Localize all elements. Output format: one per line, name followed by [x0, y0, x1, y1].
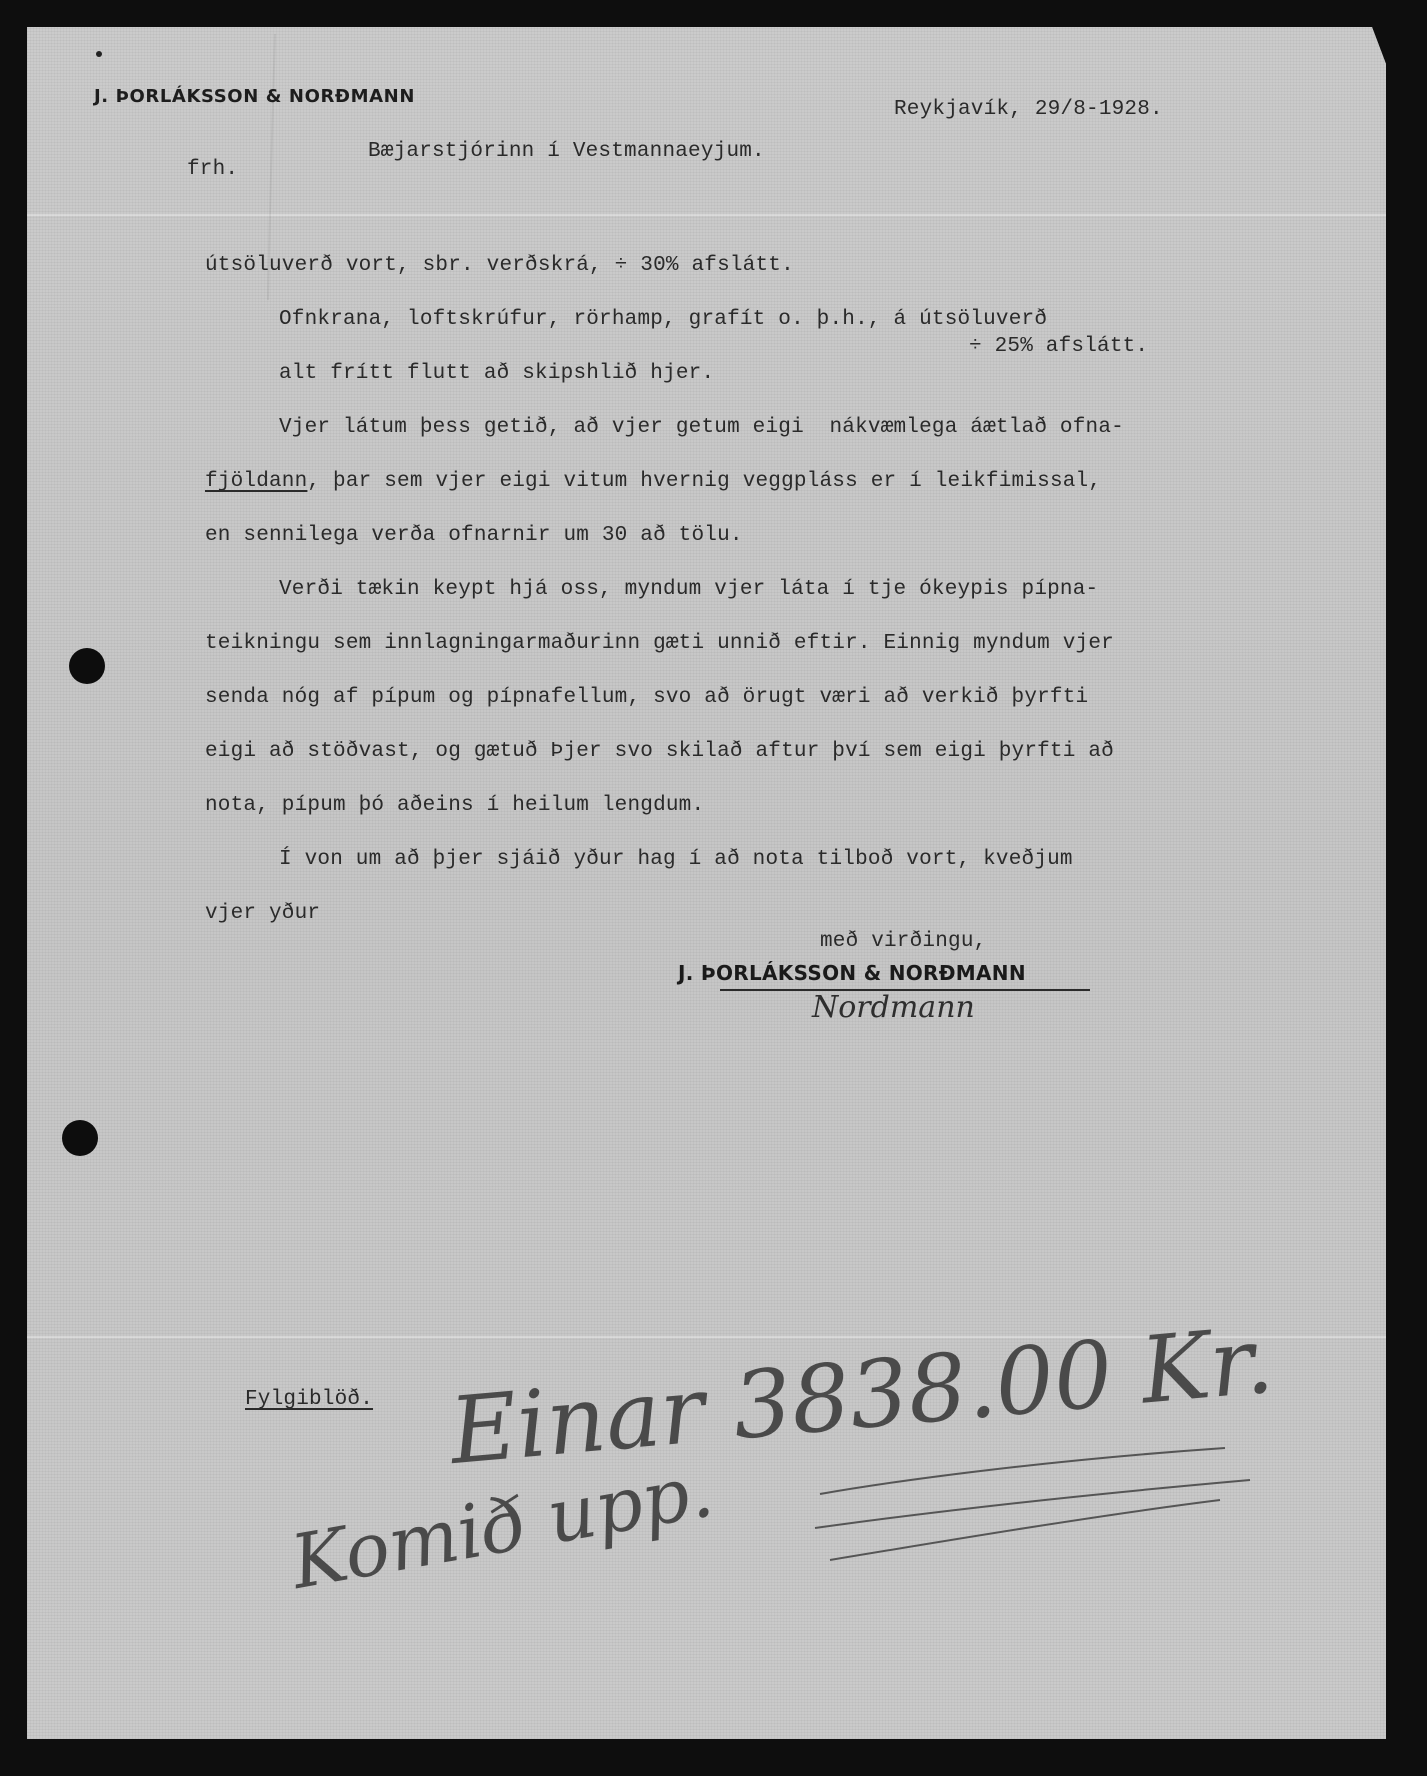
body-line: útsöluverð vort, sbr. verðskrá, ÷ 30% af… [205, 254, 794, 277]
body-line: en sennilega verða ofnarnir um 30 að töl… [205, 524, 743, 547]
enclosures-label: Fylgiblöð. [245, 1388, 373, 1411]
body-line: eigi að stöðvast, og gætuð Þjer svo skil… [205, 740, 1114, 763]
closing-salutation: með virðingu, [820, 930, 986, 953]
underlined-word: fjöldann [205, 470, 307, 493]
punch-hole [62, 1120, 98, 1156]
signature: Nordmann [812, 990, 975, 1025]
continued-marker: frh. [187, 158, 238, 181]
paper-fold-line [27, 214, 1386, 216]
company-stamp: J. ÞORLÁKSSON & NORÐMANN [678, 961, 1026, 985]
body-line-rest: , þar sem vjer eigi vitum hvernig veggpl… [307, 470, 1101, 493]
body-line: Vjer látum þess getið, að vjer getum eig… [279, 416, 1124, 439]
body-line: alt frítt flutt að skipshlið hjer. [279, 362, 714, 385]
body-line: teikningu sem innlagningarmaðurinn gæti … [205, 632, 1114, 655]
body-line: vjer yður [205, 902, 320, 925]
recipient: Bæjarstjórinn í Vestmannaeyjum. [368, 140, 765, 163]
ink-speck [96, 51, 102, 57]
body-line: ÷ 25% afslátt. [969, 335, 1148, 358]
body-line: nota, pípum þó aðeins í heilum lengdum. [205, 794, 704, 817]
body-line: senda nóg af pípum og pípnafellum, svo a… [205, 686, 1088, 709]
body-line: fjöldann, þar sem vjer eigi vitum hverni… [205, 470, 1101, 493]
body-line: Í von um að þjer sjáið yður hag í að not… [279, 848, 1073, 871]
body-line: Verði tækin keypt hjá oss, myndum vjer l… [279, 578, 1098, 601]
punch-hole [69, 648, 105, 684]
place-date: Reykjavík, 29/8-1928. [894, 98, 1163, 121]
enclosures-text: Fylgiblöð. [245, 1388, 373, 1411]
body-line: Ofnkrana, loftskrúfur, rörhamp, grafít o… [279, 308, 1047, 331]
letterhead-company: J. ÞORLÁKSSON & NORÐMANN [94, 86, 415, 107]
